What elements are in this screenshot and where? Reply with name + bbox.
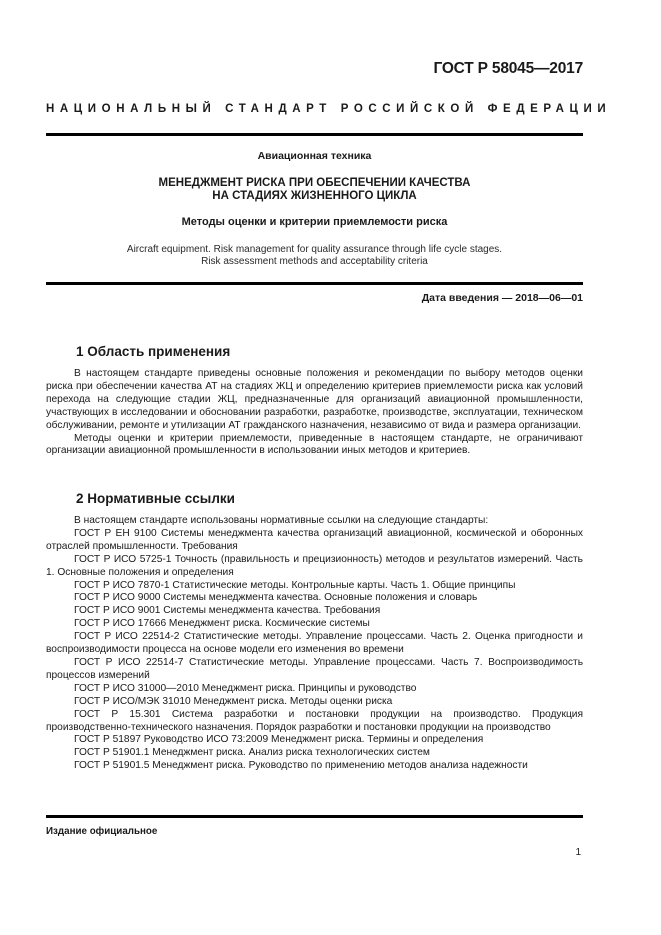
paragraph: Методы оценки и критерии приемлемости, п…: [46, 433, 583, 459]
document-number: ГОСТ Р 58045—2017: [433, 60, 583, 78]
reference-item: ГОСТ Р 51901.1 Менеджмент риска. Анализ …: [46, 747, 583, 760]
footer-divider: [46, 815, 583, 818]
title-line-1: МЕНЕДЖМЕНТ РИСКА ПРИ ОБЕСПЕЧЕНИИ КАЧЕСТВ…: [46, 177, 583, 190]
reference-item: ГОСТ Р ИСО/МЭК 31010 Менеджмент риска. М…: [46, 696, 583, 709]
paragraph: В настоящем стандарте приведены основные…: [46, 368, 583, 433]
reference-item: ГОСТ Р ИСО 5725-1 Точность (правильность…: [46, 554, 583, 580]
reference-item: ГОСТ Р ИСО 9000 Системы менеджмента каче…: [46, 592, 583, 605]
english-title-line-2: Risk assessment methods and acceptabilit…: [46, 256, 583, 268]
reference-item: ГОСТ Р 51901.5 Менеджмент риска. Руковод…: [46, 760, 583, 773]
reference-item: ГОСТ Р 15.301 Система разработки и поста…: [46, 709, 583, 735]
page-number: 1: [575, 847, 581, 858]
document-page: ГОСТ Р 58045—2017 НАЦИОНАЛЬНЫЙ СТАНДАРТ …: [0, 0, 661, 935]
document-category: Авиационная техника: [46, 150, 583, 162]
national-standard-banner: НАЦИОНАЛЬНЫЙ СТАНДАРТ РОССИЙСКОЙ ФЕДЕРАЦ…: [46, 103, 583, 115]
paragraph: В настоящем стандарте использованы норма…: [46, 515, 583, 528]
reference-item: ГОСТ Р ИСО 22514-7 Статистические методы…: [46, 657, 583, 683]
title-divider: [46, 282, 583, 285]
reference-item: ГОСТ Р ИСО 22514-2 Статистические методы…: [46, 631, 583, 657]
reference-item: ГОСТ Р ЕН 9100 Системы менеджмента качес…: [46, 528, 583, 554]
reference-item: ГОСТ Р 51897 Руководство ИСО 73:2009 Мен…: [46, 734, 583, 747]
english-title-line-1: Aircraft equipment. Risk management for …: [46, 244, 583, 256]
section-heading-normative-references: 2 Нормативные ссылки: [76, 491, 235, 506]
reference-item: ГОСТ Р ИСО 9001 Системы менеджмента каче…: [46, 605, 583, 618]
document-title: МЕНЕДЖМЕНТ РИСКА ПРИ ОБЕСПЕЧЕНИИ КАЧЕСТВ…: [46, 177, 583, 203]
section-body-normative-references: В настоящем стандарте использованы норма…: [46, 515, 583, 773]
section-heading-scope: 1 Область применения: [76, 344, 230, 359]
introduction-date: Дата введения — 2018—06—01: [422, 292, 583, 304]
reference-item: ГОСТ Р ИСО 7870-1 Статистические методы.…: [46, 580, 583, 593]
reference-item: ГОСТ Р ИСО 31000—2010 Менеджмент риска. …: [46, 683, 583, 696]
section-body-scope: В настоящем стандарте приведены основные…: [46, 368, 583, 458]
document-subtitle: Методы оценки и критерии приемлемости ри…: [46, 216, 583, 228]
reference-item: ГОСТ Р ИСО 17666 Менеджмент риска. Косми…: [46, 618, 583, 631]
title-line-2: НА СТАДИЯХ ЖИЗНЕННОГО ЦИКЛА: [46, 190, 583, 203]
official-edition-label: Издание официальное: [46, 826, 157, 837]
header-divider: [46, 133, 583, 136]
english-title: Aircraft equipment. Risk management for …: [46, 244, 583, 268]
